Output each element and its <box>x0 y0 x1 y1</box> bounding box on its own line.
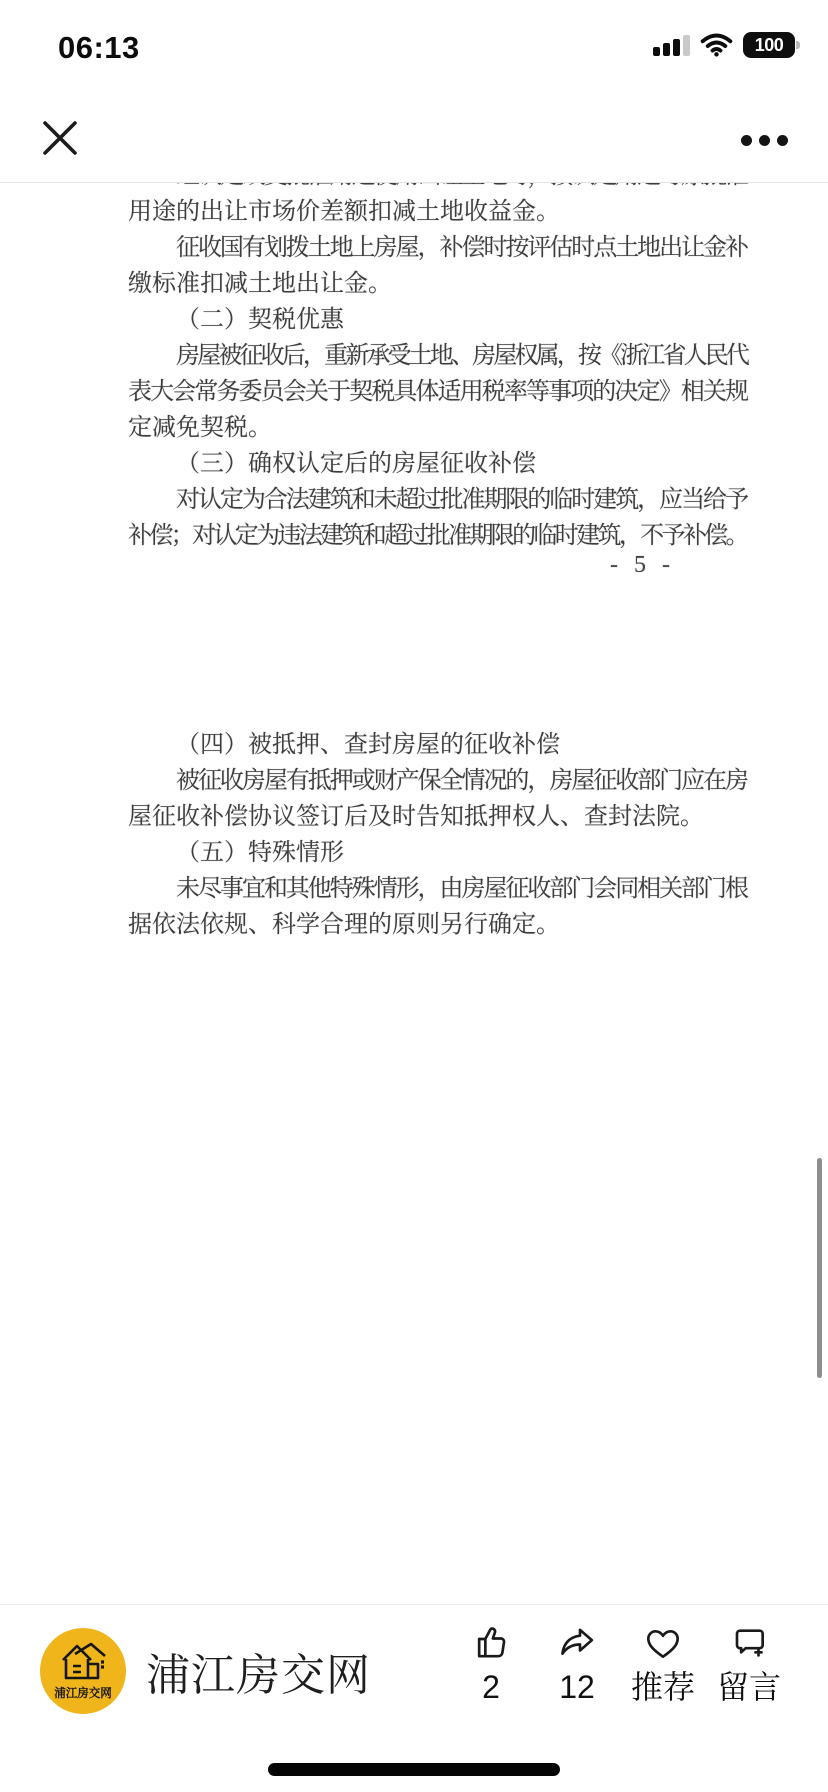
more-options-button[interactable] <box>741 128 788 152</box>
document-text-line: 征收国有划拨土地上房屋，补偿时按评估时点土地出让金补 <box>128 230 747 266</box>
document-text-line: 缴标准扣减土地出让金。 <box>128 266 747 302</box>
scrollbar-thumb[interactable] <box>817 1158 822 1378</box>
document-page-5: 经认定改变批准用途使用出让土地时，按认定用途与原批准用途的出让市场价差额扣减土地… <box>0 182 828 583</box>
document-text-line: （二）契税优惠 <box>128 302 747 338</box>
status-time: 06:13 <box>58 30 140 66</box>
ellipsis-icon <box>741 135 752 146</box>
document-text-line: 未尽事宜和其他特殊情形，由房屋征收部门会同相关部门根 <box>128 871 747 907</box>
screen: 06:13 100 经认定改变批准用途使用出让土地时，按认定用途与原批 <box>0 0 828 1792</box>
document-text-line: 屋征收补偿协议签订后及时告知抵押权人、查封法院。 <box>128 799 747 835</box>
close-icon <box>41 119 79 157</box>
cellular-signal-icon <box>653 34 690 56</box>
document-page-6: （四）被抵押、查封房屋的征收补偿被征收房屋有抵押或财产保全情况的，房屋征收部门应… <box>0 727 828 943</box>
document-text-line: 据依法依规、科学合理的原则另行确定。 <box>128 907 747 943</box>
document-scroll-area[interactable]: 经认定改变批准用途使用出让土地时，按认定用途与原批准用途的出让市场价差额扣减土地… <box>0 182 828 1604</box>
document-text-line: 房屋被征收后，重新承受土地、房屋权属，按《浙江省人民代 <box>128 338 747 374</box>
document-text-line: （四）被抵押、查封房屋的征收补偿 <box>128 727 747 763</box>
close-button[interactable] <box>38 116 82 160</box>
comment-plus-icon <box>729 1622 769 1664</box>
footer-actions: 2 12 推荐 <box>448 1622 792 1705</box>
comment-button[interactable]: 留言 <box>706 1622 792 1705</box>
document-text-line: 表大会常务委员会关于契税具体适用税率等事项的决定》相关规 <box>128 374 747 410</box>
document-text-line: （五）特殊情形 <box>128 835 747 871</box>
publisher-name: 浦江房交网 <box>146 1639 371 1703</box>
home-indicator[interactable] <box>268 1763 560 1776</box>
houses-icon <box>55 1638 111 1684</box>
document-text-line: 定减免契税。 <box>128 410 747 446</box>
thumbs-up-icon <box>471 1622 511 1664</box>
share-arrow-icon <box>557 1622 597 1664</box>
document-text-line: 经认定改变批准用途使用出让土地时，按认定用途与原批准 <box>128 182 747 194</box>
share-button[interactable]: 12 <box>534 1622 620 1705</box>
status-icons: 100 <box>653 31 795 59</box>
recommend-label: 推荐 <box>631 1669 695 1705</box>
document-text-line: 用途的出让市场价差额扣减土地收益金。 <box>128 194 747 230</box>
share-count: 12 <box>559 1669 595 1705</box>
document-text-line: （三）确权认定后的房屋征收补偿 <box>128 446 747 482</box>
comment-label: 留言 <box>717 1669 781 1705</box>
logo-text: 浦江房交网 <box>54 1684 112 1701</box>
like-button[interactable]: 2 <box>448 1622 534 1705</box>
heart-icon <box>643 1622 683 1664</box>
battery-percent: 100 <box>755 35 784 56</box>
wifi-icon <box>700 33 733 57</box>
like-count: 2 <box>482 1669 500 1705</box>
publisher-link[interactable]: 浦江房交网 浦江房交网 <box>40 1628 371 1714</box>
document-text-line: 对认定为合法建筑和未超过批准期限的临时建筑，应当给予 <box>128 482 747 518</box>
document-text-line: 被征收房屋有抵押或财产保全情况的，房屋征收部门应在房 <box>128 763 747 799</box>
battery-icon: 100 <box>743 32 795 58</box>
recommend-button[interactable]: 推荐 <box>620 1622 706 1705</box>
publisher-logo: 浦江房交网 <box>40 1628 126 1714</box>
